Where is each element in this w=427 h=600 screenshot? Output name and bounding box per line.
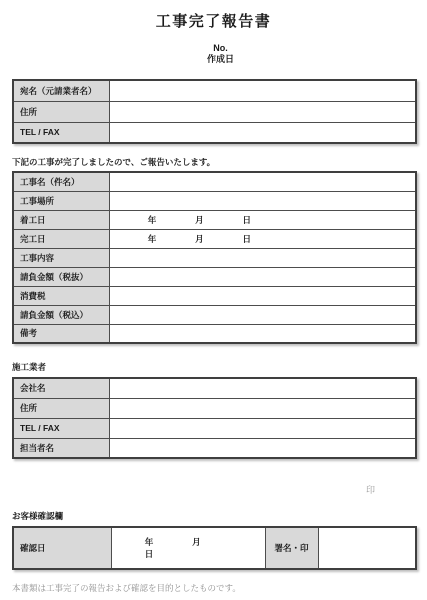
tax-label: 消費税 [13,286,109,305]
recipient-telfax-value [109,122,416,143]
person-in-charge-label: 担当者名 [13,438,109,458]
year-label: 年 [130,233,175,245]
recipient-name-value [109,80,416,101]
work-table: 工事名（件名） 工事場所 着工日 年 月 日 完工日 年 月 日 工事内容 [12,171,417,344]
signature-seal-label: 署名・印 [265,527,318,569]
work-detail-label: 工事内容 [13,248,109,267]
document-title: 工事完了報告書 [0,0,427,31]
table-row: 工事内容 [13,248,416,267]
recipient-table: 宛名（元請業者名） 住所 TEL / FAX [12,79,417,144]
intro-text: 下記の工事が完了しましたので、ご報告いたします。 [12,156,427,168]
table-row: 請負金額（税込） [13,305,416,324]
table-row: TEL / FAX [13,418,416,438]
customer-confirmation-table: 確認日 年 月 日 署名・印 [12,526,417,570]
recipient-address-value [109,101,416,122]
amount-inctax-label: 請負金額（税込） [13,305,109,324]
table-row: 着工日 年 月 日 [13,210,416,229]
contractor-address-label: 住所 [13,398,109,418]
table-row: 完工日 年 月 日 [13,229,416,248]
recipient-telfax-label: TEL / FAX [13,122,109,143]
remarks-label: 備考 [13,324,109,343]
customer-section-heading: お客様確認欄 [12,510,427,522]
remarks-value [109,324,416,343]
amount-inctax-value [109,305,416,324]
table-row: 住所 [13,101,416,122]
company-name-value [109,378,416,398]
work-location-value [109,191,416,210]
year-label: 年 [130,214,175,226]
table-row: 会社名 [13,378,416,398]
seal-mark: 印 [0,483,427,496]
table-row: 請負金額（税抜） [13,267,416,286]
document-page: 工事完了報告書 No. 作成日 宛名（元請業者名） 住所 TEL / FAX 下… [0,0,427,600]
start-date-value: 年 月 日 [109,210,416,229]
year-label: 年 [127,536,172,548]
created-date-label: 作成日 [7,54,427,65]
contractor-telfax-label: TEL / FAX [13,418,109,438]
day-label: 日 [224,233,269,245]
day-label: 日 [224,214,269,226]
table-row: 宛名（元請業者名） [13,80,416,101]
table-row: 工事名（件名） [13,172,416,191]
contractor-table: 会社名 住所 TEL / FAX 担当者名 [12,377,417,459]
person-in-charge-value [109,438,416,458]
month-label: 月 [174,536,219,548]
month-label: 月 [177,233,222,245]
work-name-label: 工事名（件名） [13,172,109,191]
completion-date-label: 完工日 [13,229,109,248]
contractor-address-value [109,398,416,418]
work-name-value [109,172,416,191]
signature-seal-value [318,527,416,569]
document-meta: No. 作成日 [7,43,427,65]
table-row: 確認日 年 月 日 署名・印 [13,527,416,569]
doc-number-label: No. [7,43,427,54]
company-name-label: 会社名 [13,378,109,398]
month-label: 月 [177,214,222,226]
confirm-date-value: 年 月 日 [111,527,265,569]
recipient-address-label: 住所 [13,101,109,122]
table-row: 住所 [13,398,416,418]
table-row: TEL / FAX [13,122,416,143]
footer-note: 本書類は工事完了の報告および確認を目的としたものです。 [12,582,427,594]
recipient-name-label: 宛名（元請業者名） [13,80,109,101]
day-label: 日 [127,548,172,560]
completion-date-value: 年 月 日 [109,229,416,248]
work-detail-value [109,248,416,267]
contractor-telfax-value [109,418,416,438]
table-row: 工事場所 [13,191,416,210]
table-row: 担当者名 [13,438,416,458]
amount-extax-label: 請負金額（税抜） [13,267,109,286]
amount-extax-value [109,267,416,286]
tax-value [109,286,416,305]
table-row: 備考 [13,324,416,343]
contractor-section-heading: 施工業者 [12,361,427,373]
confirm-date-label: 確認日 [13,527,111,569]
table-row: 消費税 [13,286,416,305]
work-location-label: 工事場所 [13,191,109,210]
start-date-label: 着工日 [13,210,109,229]
